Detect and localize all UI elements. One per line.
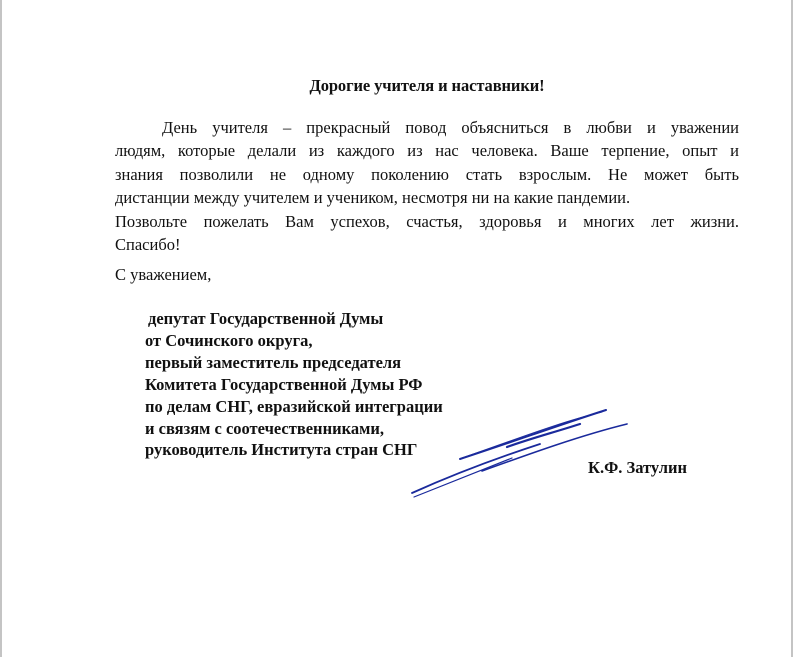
signer-name: К.Ф. Затулин (588, 458, 687, 478)
position-line: первый заместитель председателя (145, 352, 443, 374)
closing-phrase: С уважением, (115, 265, 211, 285)
position-line: и связям с соотечественниками, (145, 418, 443, 440)
signer-position: депутат Государственной Думы от Сочинско… (145, 308, 443, 461)
document-page: Дорогие учителя и наставники! День учите… (0, 0, 793, 657)
letter-body: День учителя – прекрасный повод объяснит… (115, 116, 739, 256)
body-line: знания позволили не одному поколению ста… (115, 163, 739, 186)
position-line: руководитель Института стран СНГ (145, 439, 443, 461)
position-line: по делам СНГ, евразийской интеграции (145, 396, 443, 418)
body-line: Спасибо! (115, 233, 739, 256)
letter-title: Дорогие учителя и наставники! (2, 76, 793, 96)
position-line: от Сочинского округа, (145, 330, 443, 352)
position-line: Комитета Государственной Думы РФ (145, 374, 443, 396)
body-line: дистанции между учителем и учеником, нес… (115, 186, 739, 209)
position-line: депутат Государственной Думы (145, 308, 443, 330)
body-line: людям, которые делали из каждого из нас … (115, 139, 739, 162)
body-line: День учителя – прекрасный повод объяснит… (115, 116, 739, 139)
body-line: Позвольте пожелать Вам успехов, счастья,… (115, 210, 739, 233)
handwritten-signature-icon (402, 400, 642, 505)
